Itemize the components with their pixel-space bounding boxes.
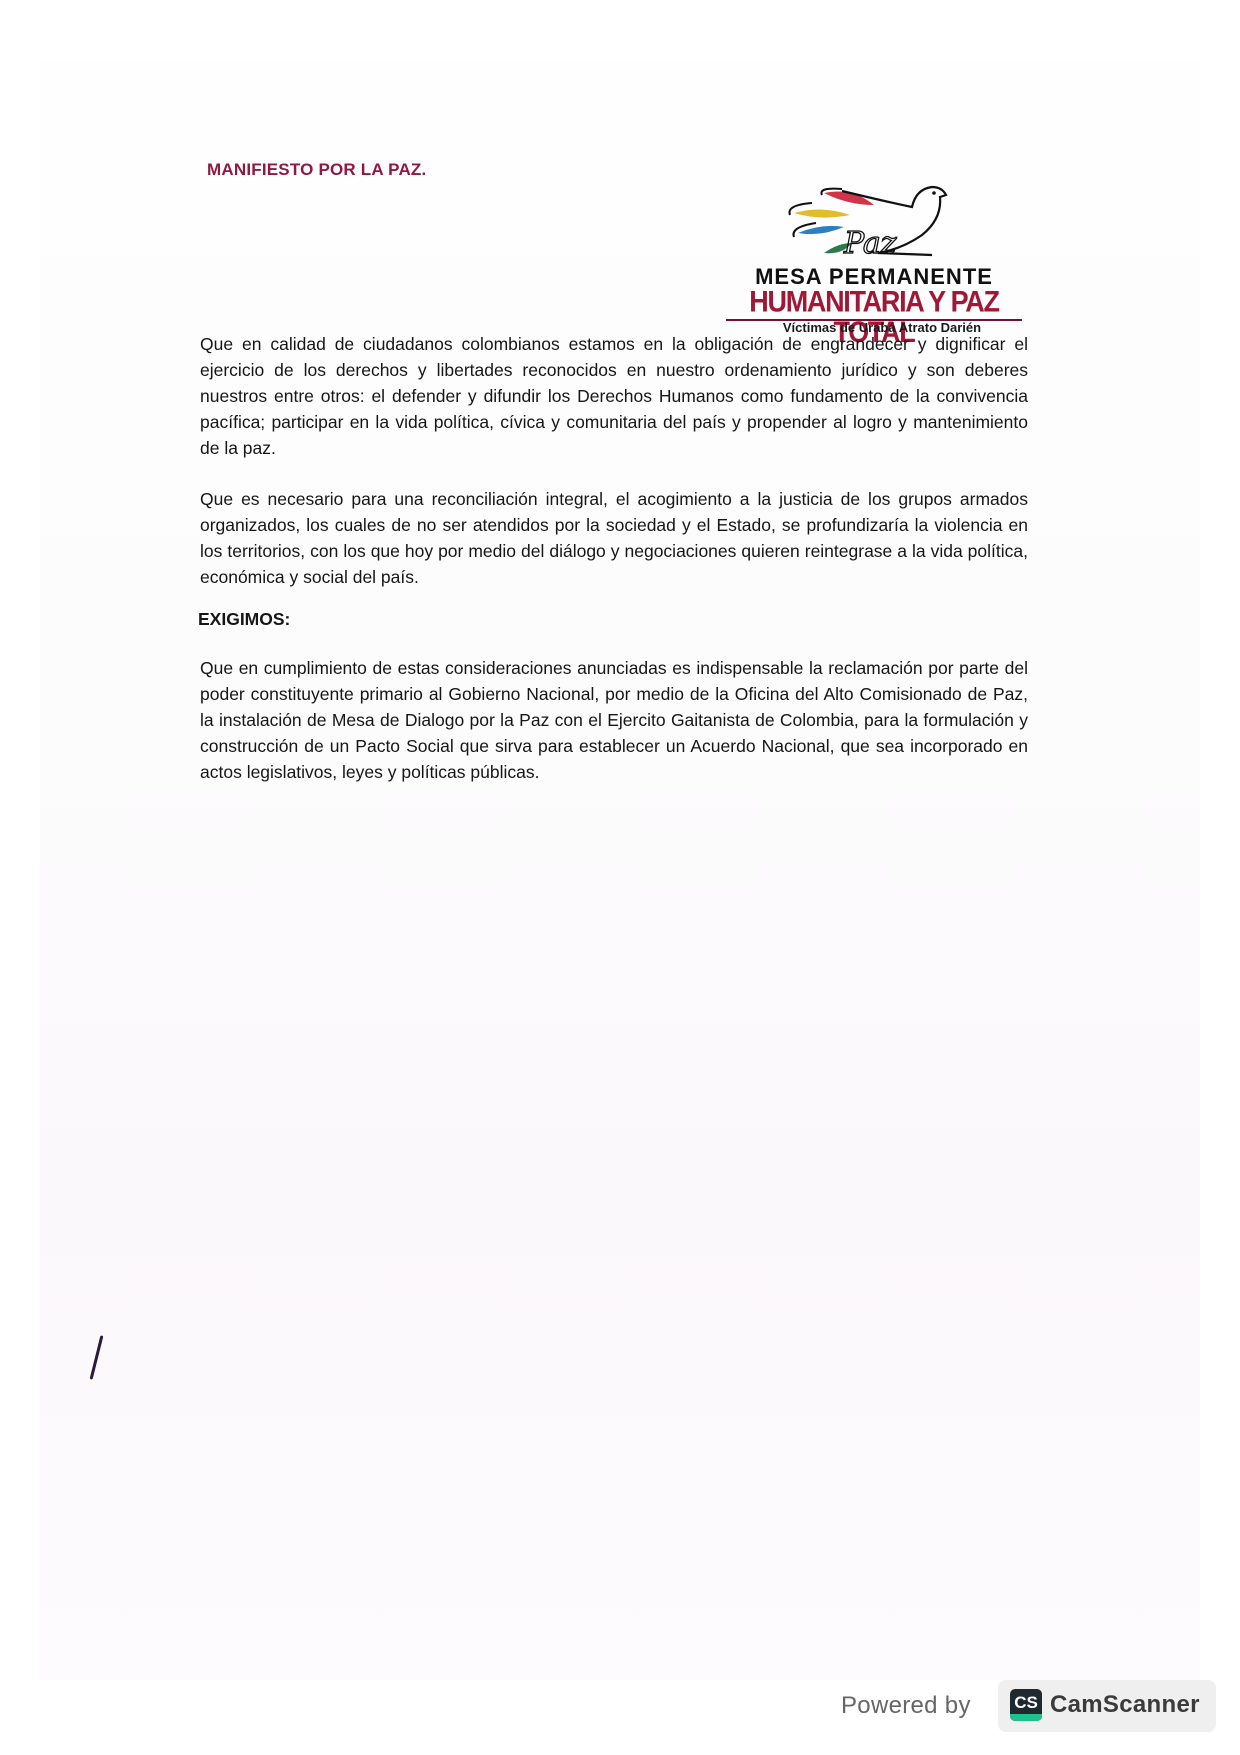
camscanner-brand-name: CamScanner: [1050, 1691, 1200, 1719]
camscanner-watermark: Powered by CS CamScanner: [835, 1680, 1215, 1732]
section-heading-exigimos: EXIGIMOS:: [198, 609, 290, 630]
paragraph-demand: Que en cumplimiento de estas consideraci…: [200, 655, 1028, 785]
document-title: MANIFIESTO POR LA PAZ.: [207, 160, 426, 180]
paragraph-1: Que en calidad de ciudadanos colombianos…: [200, 331, 1028, 461]
svg-text:Paz: Paz: [843, 226, 897, 261]
organization-logo: Paz MESA PERMANENTE HUMANITARIA Y PAZ TO…: [722, 183, 1032, 333]
paragraph-2: Que es necesario para una reconciliación…: [200, 486, 1028, 590]
powered-by-label: Powered by: [841, 1692, 971, 1720]
camscanner-logo-icon: CS: [1010, 1689, 1042, 1721]
dove-logo-icon: Paz: [782, 183, 982, 273]
camscanner-badge: CS CamScanner: [998, 1680, 1216, 1732]
